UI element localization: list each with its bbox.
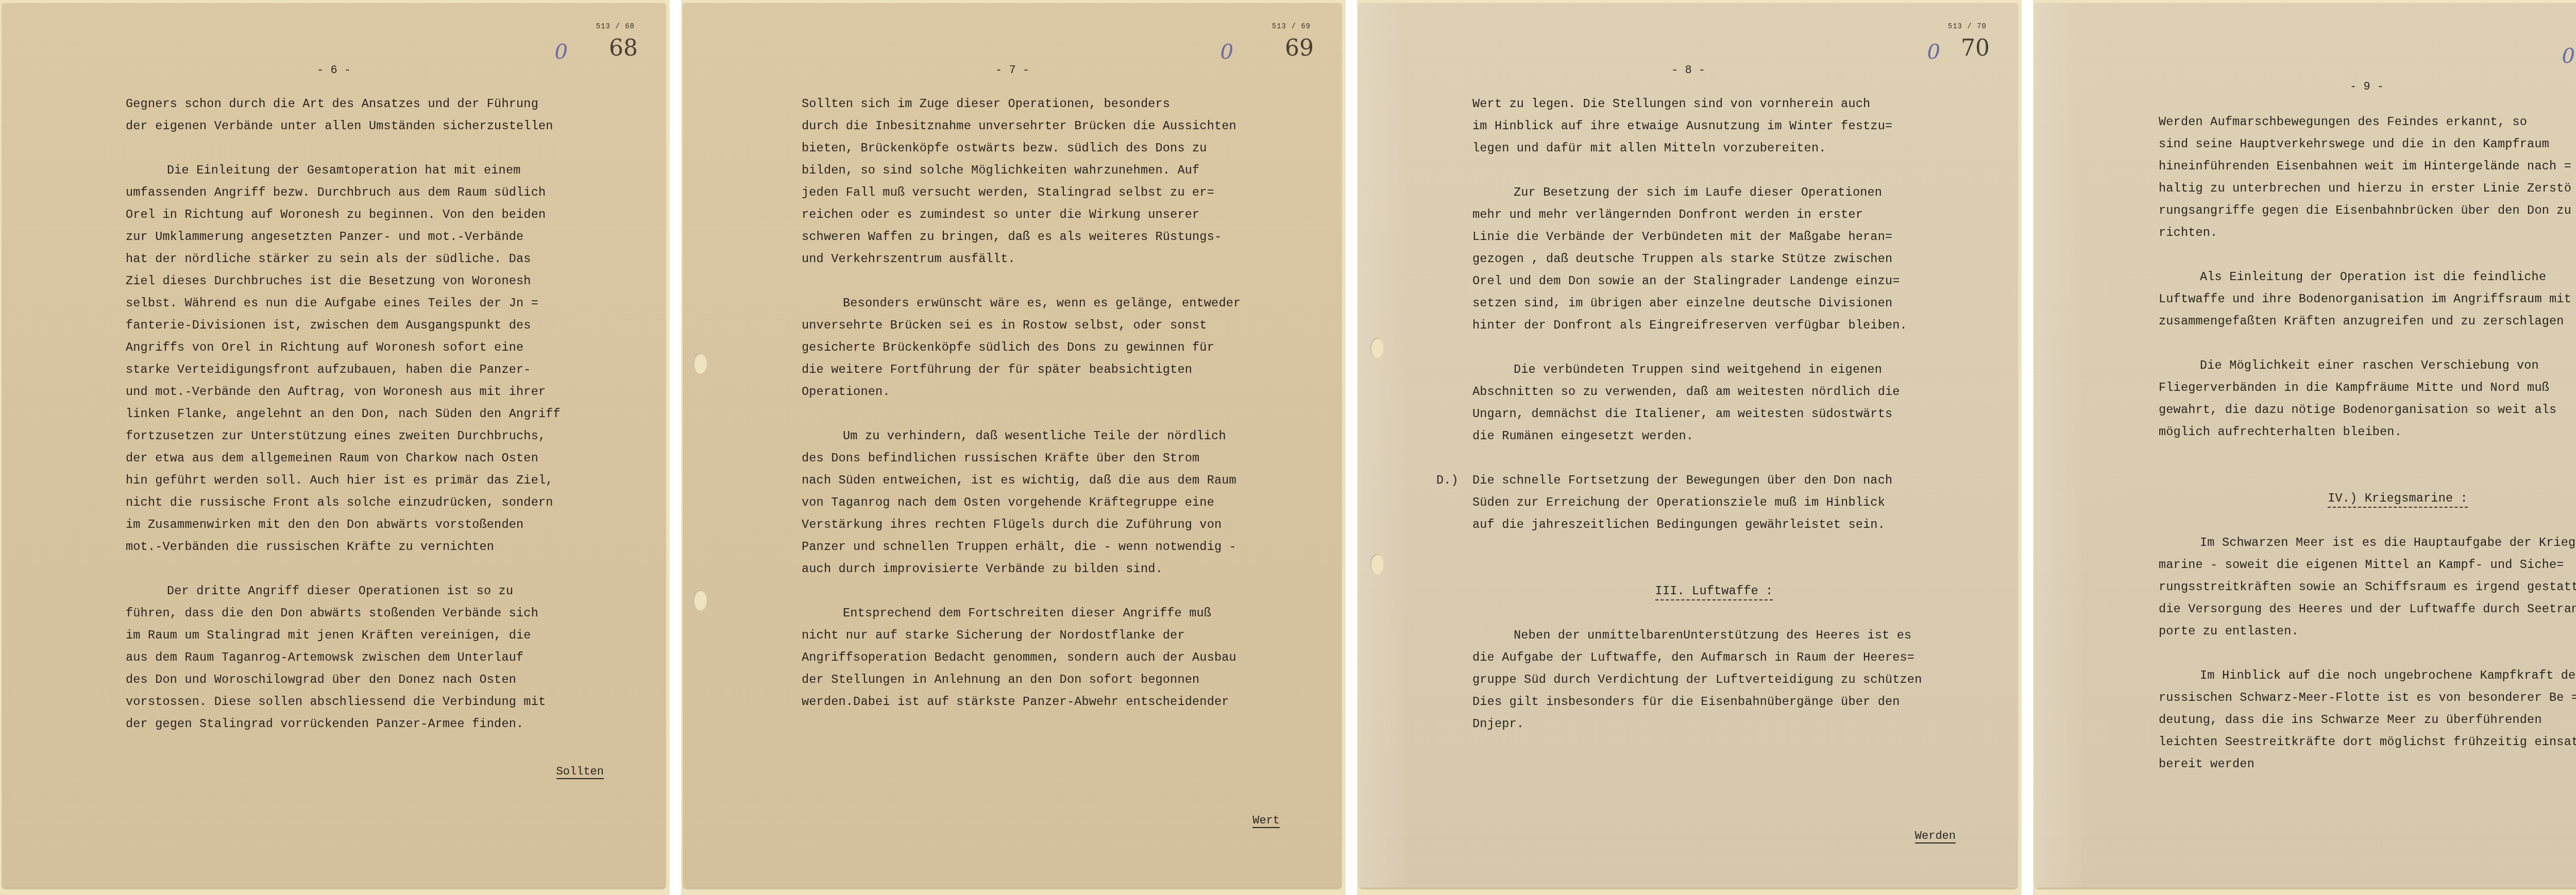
text-line: im Raum um Stalingrad mit jenen Kräften … xyxy=(126,625,604,647)
text-line: durch die Inbesitznahme unversehrter Brü… xyxy=(802,115,1280,137)
text-line: mehr und mehr verlängernden Donfront wer… xyxy=(1472,204,1956,226)
folio-stamp: 513 / 68 xyxy=(596,23,635,31)
page-body: Sollten sich im Zuge dieser Operationen,… xyxy=(802,93,1280,713)
text-line: Gegners schon durch die Art des Ansatzes… xyxy=(126,93,604,115)
text-line: Abschnitten so zu verwenden, daß am weit… xyxy=(1472,381,1956,403)
text-line: die Rumänen eingesetzt werden. xyxy=(1472,425,1956,447)
text-line: gruppe Süd durch Verdichtung der Luftver… xyxy=(1472,669,1956,691)
numbered-paragraph-line: D.)Die schnelle Fortsetzung der Bewegung… xyxy=(1472,470,1956,492)
text-line: starke Verteidigungsfront aufzubauen, ha… xyxy=(126,359,604,381)
text-line: bieten, Brückenköpfe ostwärts bezw. südl… xyxy=(802,137,1280,160)
text-line: Angriffsoperation Bedacht genommen, sond… xyxy=(802,647,1280,669)
text-line: zusammengefaßten Kräften anzugreifen und… xyxy=(2159,311,2576,333)
text-line: leichten Seestreitkräfte dort möglichst … xyxy=(2159,731,2576,753)
text-line: umfassenden Angriff bezw. Durchbruch aus… xyxy=(126,182,604,204)
text-line: marine - soweit die eigenen Mittel an Ka… xyxy=(2159,554,2576,576)
violet-zero-mark: 0 xyxy=(2562,44,2575,68)
punch-hole xyxy=(693,353,707,374)
text-line: Linie die Verbände der Verbündeten mit d… xyxy=(1472,226,1956,248)
text-line: und Verkehrszentrum ausfällt. xyxy=(802,248,1280,270)
text-line: Besonders erwünscht wäre es, wenn es gel… xyxy=(802,292,1280,315)
text-line: Als Einleitung der Operation ist die fei… xyxy=(2159,266,2576,288)
blank-line xyxy=(1472,536,1956,558)
page-6: 513 / 68 68 0 - 6 - Gegners schon durch … xyxy=(0,0,670,895)
text-line: Panzer und schnellen Truppen erhält, die… xyxy=(802,536,1280,558)
punch-hole xyxy=(1370,554,1384,575)
folio-stamp: 513 / 69 xyxy=(1272,23,1311,31)
folio-stamp: 513 / 70 xyxy=(1948,23,1987,31)
text-line: legen und dafür mit allen Mitteln vorzub… xyxy=(1472,137,1956,160)
text-line: Orel in Richtung auf Woronesh zu beginne… xyxy=(126,204,604,226)
text-line: auch durch improvisierte Verbände zu bil… xyxy=(802,558,1280,580)
text-line: aus dem Raum Taganrog-Artemowsk zwischen… xyxy=(126,647,604,669)
text-line: Süden zur Erreichung der Operationsziele… xyxy=(1472,492,1956,514)
text-line: linken Flanke, angelehnt an den Don, nac… xyxy=(126,403,604,425)
text-line: nicht die russische Front als solche ein… xyxy=(126,492,604,514)
text-line: rungsstreitkräften sowie an Schiffsraum … xyxy=(2159,576,2576,598)
text-line: porte zu entlasten. xyxy=(2159,621,2576,643)
text-line: im Hinblick auf ihre etwaige Ausnutzung … xyxy=(1472,115,1956,137)
page-8: 513 / 70 70 0 - 8 - Wert zu legen. Die S… xyxy=(1357,0,2022,895)
line-text: Die schnelle Fortsetzung der Bewegungen … xyxy=(1472,474,1892,488)
text-line: der etwa aus dem allgemeinen Raum von Ch… xyxy=(126,447,604,470)
text-line: Die Einleitung der Gesamtoperation hat m… xyxy=(126,160,604,182)
text-line: hinter der Donfront als Eingreifreserven… xyxy=(1472,315,1956,337)
text-line: Entsprechend dem Fortschreiten dieser An… xyxy=(802,603,1280,625)
text-line: fanterie-Divisionen ist, zwischen dem Au… xyxy=(126,315,604,337)
section-heading: IV.) Kriegsmarine : xyxy=(2159,488,2576,510)
page-gap xyxy=(1346,0,1357,895)
text-line: setzen sind, im übrigen aber einzelne de… xyxy=(1472,292,1956,315)
violet-zero-mark: 0 xyxy=(555,40,568,64)
text-line: haltig zu unterbrechen und hierzu in ers… xyxy=(2159,178,2576,200)
text-line: und mot.-Verbände den Auftrag, von Woron… xyxy=(126,381,604,403)
violet-zero-mark: 0 xyxy=(1927,40,1940,64)
text-line: mot.-Verbänden die russischen Kräfte zu … xyxy=(126,536,604,558)
page-body: Gegners schon durch die Art des Ansatzes… xyxy=(126,93,604,735)
text-line: vorstossen. Diese sollen abschliessend d… xyxy=(126,691,604,713)
paper-sheet: 513 / 68 68 0 - 6 - Gegners schon durch … xyxy=(2,3,666,888)
text-line: zur Umklammerung angesetzten Panzer- und… xyxy=(126,226,604,248)
blank-line xyxy=(2159,643,2576,665)
paper-sheet: 513 / 70 70 0 - 8 - Wert zu legen. Die S… xyxy=(1359,3,2018,888)
text-line: fortzusetzen zur Unterstützung eines zwe… xyxy=(126,425,604,447)
blank-line xyxy=(802,270,1280,292)
text-line: hat der nördliche stärker zu sein als de… xyxy=(126,248,604,270)
page-number: - 7 - xyxy=(683,64,1342,77)
text-line: sind seine Hauptverkehrswege und die in … xyxy=(2159,133,2576,156)
text-line: Dnjepr. xyxy=(1472,713,1956,735)
text-line: richten. xyxy=(2159,222,2576,244)
text-line: der eigenen Verbände unter allen Umständ… xyxy=(126,115,604,137)
text-line: Werden Aufmarschbewegungen des Feindes e… xyxy=(2159,111,2576,133)
blank-line xyxy=(2159,510,2576,532)
text-line: des Don und Woroschilowgrad über den Don… xyxy=(126,669,604,691)
section-heading: III. Luftwaffe : xyxy=(1472,580,1956,603)
catchword: Werden xyxy=(1915,830,1956,844)
page-number: - 8 - xyxy=(1359,64,2018,77)
page-number: - 9 - xyxy=(2035,80,2576,93)
blank-line xyxy=(802,403,1280,425)
text-line: bilden, so sind solche Möglichkeiten wah… xyxy=(802,160,1280,182)
text-line: hin geführt werden soll. Auch hier ist e… xyxy=(126,470,604,492)
catchword: Sollten xyxy=(556,765,604,779)
text-line: selbst. Während es nun die Aufgabe eines… xyxy=(126,292,604,315)
text-line: der gegen Stalingrad vorrückenden Panzer… xyxy=(126,713,604,735)
paper-sheet: 513 / 71 71 0 - 9 - Werden Aufmarschbewe… xyxy=(2035,3,2576,888)
page-body: Werden Aufmarschbewegungen des Feindes e… xyxy=(2159,111,2576,776)
text-line: der Stellungen in Anlehnung an den Don s… xyxy=(802,669,1280,691)
text-line: Luftwaffe und ihre Bodenorganisation im … xyxy=(2159,288,2576,311)
text-line: Der dritte Angriff dieser Operationen is… xyxy=(126,580,604,603)
blank-line xyxy=(1472,558,1956,580)
text-line: bereit werden xyxy=(2159,753,2576,776)
blank-line xyxy=(1472,603,1956,625)
binding-strip xyxy=(1359,3,1405,888)
text-line: reichen oder es zumindest so unter die W… xyxy=(802,204,1280,226)
text-line: nicht nur auf starke Sicherung der Nordo… xyxy=(802,625,1280,647)
text-line: Im Hinblick auf die noch ungebrochene Ka… xyxy=(2159,665,2576,687)
text-line: Die Möglichkeit einer raschen Verschiebu… xyxy=(2159,355,2576,377)
page-gap xyxy=(2022,0,2033,895)
text-line: Zur Besetzung der sich im Laufe dieser O… xyxy=(1472,182,1956,204)
text-line: von Taganrog nach dem Osten vorgehende K… xyxy=(802,492,1280,514)
text-line: hineinführenden Eisenbahnen weit im Hint… xyxy=(2159,156,2576,178)
text-line: gewahrt, die dazu nötige Bodenorganisati… xyxy=(2159,399,2576,421)
text-line: Verstärkung ihres rechten Flügels durch … xyxy=(802,514,1280,536)
text-line: jeden Fall muß versucht werden, Stalingr… xyxy=(802,182,1280,204)
folio-number: 68 xyxy=(609,35,638,61)
text-line: Dies gilt insbesonders für die Eisenbahn… xyxy=(1472,691,1956,713)
text-line: die Aufgabe der Luftwaffe, den Aufmarsch… xyxy=(1472,647,1956,669)
text-line: die weitere Fortführung der für später b… xyxy=(802,359,1280,381)
text-line: rungsangriffe gegen die Eisenbahnbrücken… xyxy=(2159,200,2576,222)
page-body: Wert zu legen. Die Stellungen sind von v… xyxy=(1472,93,1956,735)
page-7: 513 / 69 69 0 - 7 - Sollten sich im Zuge… xyxy=(681,0,1346,895)
folio-number: 70 xyxy=(1961,35,1990,61)
text-line: deutung, dass die ins Schwarze Meer zu ü… xyxy=(2159,709,2576,731)
text-line: werden.Dabei ist auf stärkste Panzer-Abw… xyxy=(802,691,1280,713)
paper-sheet: 513 / 69 69 0 - 7 - Sollten sich im Zuge… xyxy=(683,3,1342,888)
text-line: die Versorgung des Heeres und der Luftwa… xyxy=(2159,598,2576,621)
text-line: führen, dass die den Don abwärts stoßend… xyxy=(126,603,604,625)
text-line: schweren Waffen zu bringen, daß es als w… xyxy=(802,226,1280,248)
punch-hole xyxy=(693,590,707,611)
blank-line xyxy=(1472,160,1956,182)
text-line: auf die jahreszeitlichen Bedingungen gew… xyxy=(1472,514,1956,536)
text-line: gezogen , daß deutsche Truppen als stark… xyxy=(1472,248,1956,270)
text-line: Ziel dieses Durchbruches ist die Besetzu… xyxy=(126,270,604,292)
punch-hole xyxy=(1370,338,1384,358)
blank-line xyxy=(1472,337,1956,359)
text-line: Um zu verhindern, daß wesentliche Teile … xyxy=(802,425,1280,447)
blank-line xyxy=(2159,466,2576,488)
binding-strip xyxy=(2035,3,2081,888)
blank-line xyxy=(126,558,604,580)
page-gap xyxy=(670,0,681,895)
text-line: Angriffs von Orel in Richtung auf Worone… xyxy=(126,337,604,359)
paragraph-marker: D.) xyxy=(1436,470,1459,492)
text-line: Fliegerverbänden in die Kampfräume Mitte… xyxy=(2159,377,2576,399)
text-line: Neben der unmittelbarenUnterstützung des… xyxy=(1472,625,1956,647)
text-line: Operationen. xyxy=(802,381,1280,403)
text-line: gesicherte Brückenköpfe südlich des Dons… xyxy=(802,337,1280,359)
page-9: 513 / 71 71 0 - 9 - Werden Aufmarschbewe… xyxy=(2033,0,2576,895)
text-line: Die verbündeten Truppen sind weitgehend … xyxy=(1472,359,1956,381)
blank-line xyxy=(2159,333,2576,355)
section-heading-text: III. Luftwaffe : xyxy=(1655,584,1773,600)
blank-line xyxy=(802,580,1280,603)
folio-number: 69 xyxy=(1285,35,1314,61)
text-line: unversehrte Brücken sei es in Rostow sel… xyxy=(802,315,1280,337)
text-line: Im Schwarzen Meer ist es die Hauptaufgab… xyxy=(2159,532,2576,554)
text-line: Sollten sich im Zuge dieser Operationen,… xyxy=(802,93,1280,115)
violet-zero-mark: 0 xyxy=(1221,40,1233,64)
text-line: Wert zu legen. Die Stellungen sind von v… xyxy=(1472,93,1956,115)
blank-line xyxy=(1472,447,1956,470)
text-line: nach Süden entweichen, ist es wichtig, d… xyxy=(802,470,1280,492)
text-line: möglich aufrechterhalten bleiben. xyxy=(2159,421,2576,443)
blank-line xyxy=(2159,244,2576,266)
document-strip: 513 / 68 68 0 - 6 - Gegners schon durch … xyxy=(0,0,2576,895)
blank-line xyxy=(126,137,604,160)
catchword: Wert xyxy=(1252,814,1280,828)
section-heading-text: IV.) Kriegsmarine : xyxy=(2328,492,2468,508)
page-number: - 6 - xyxy=(2,64,666,77)
text-line: russischen Schwarz-Meer-Flotte ist es vo… xyxy=(2159,687,2576,709)
text-line: des Dons befindlichen russischen Kräfte … xyxy=(802,447,1280,470)
blank-line xyxy=(2159,443,2576,466)
text-line: Orel und dem Don sowie an der Stalingrad… xyxy=(1472,270,1956,292)
text-line: im Zusammenwirken mit den den Don abwärt… xyxy=(126,514,604,536)
text-line: Ungarn, demnächst die Italiener, am weit… xyxy=(1472,403,1956,425)
